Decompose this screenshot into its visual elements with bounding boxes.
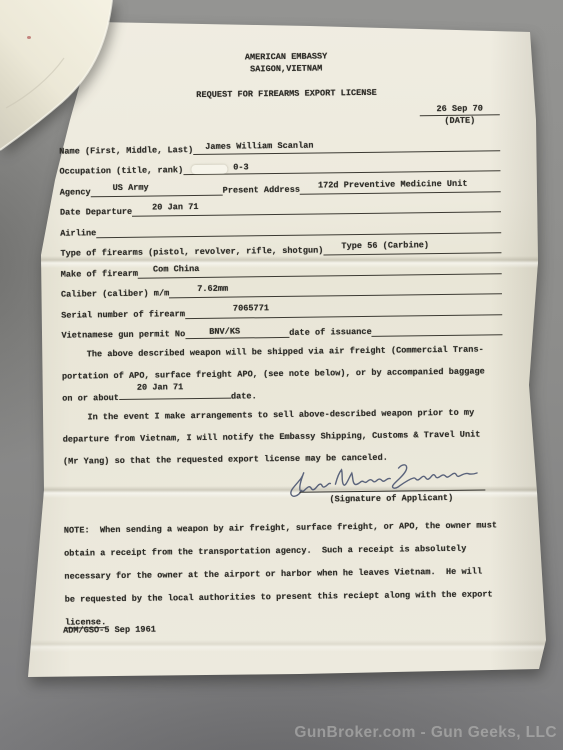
field-line: Type 56 (Carbine) [323, 240, 501, 255]
date-fill-line: 20 Jan 71 [119, 389, 231, 400]
field-value: Type 56 (Carbine) [341, 240, 429, 251]
field-value: Com China [153, 263, 200, 274]
field-value: 20 Jan 71 [152, 202, 199, 213]
field-line: BNV/KS [185, 325, 289, 339]
document-title: REQUEST FOR FIREARMS EXPORT LICENSE [111, 87, 461, 101]
embassy-city: SAIGON,VIETNAM [111, 62, 461, 76]
field-value: 172d Preventive Medicine Unit [318, 178, 468, 190]
field-line: US Army [91, 182, 223, 197]
field-label: Serial number of firearm [61, 309, 185, 321]
field-label: Agency [60, 187, 91, 197]
shipping-paragraph: The above described weapon will be shipp… [62, 338, 505, 409]
signature-caption: (Signature of Applicant) [329, 493, 453, 505]
field-value: 0-3 [233, 162, 249, 172]
field-value: BNV/KS [209, 326, 240, 336]
field-label: Vietnamese gun permit No [61, 329, 185, 341]
field-label: Airline [60, 228, 96, 238]
photo-of-document: AMERICAN EMBASSY SAIGON,VIETNAM REQUEST … [0, 0, 563, 750]
field-line [372, 322, 503, 337]
field-label: Caliber (caliber) m/m [61, 288, 169, 299]
field-label: Make of firearm [61, 268, 138, 279]
date-value: 26 Sep 70 [420, 103, 500, 116]
paragraph-text: on or about [62, 393, 119, 404]
paragraph-text: date. [231, 391, 257, 401]
watermark-text: GunBroker.com - Gun Geeks, LLC [294, 724, 557, 742]
note-paragraph: NOTE: When sending a weapon by air freig… [64, 514, 507, 634]
field-value: US Army [113, 182, 149, 192]
field-value: James William Scanlan [205, 141, 313, 152]
field-label: Present Address [223, 184, 300, 195]
field-value: 7.62mm [197, 284, 228, 294]
fill-date-value: 20 Jan 71 [137, 376, 184, 399]
field-line: 172d Preventive Medicine Unit [300, 179, 501, 194]
field-label: Date Departure [60, 207, 132, 218]
date-label: (DATE) [420, 115, 500, 126]
whiteout-correction [191, 165, 227, 174]
red-speck [27, 36, 31, 39]
date-block: 26 Sep 70 (DATE) [420, 103, 500, 126]
form-number: ADM/GSO-5 Sep 1961 [63, 625, 156, 636]
field-value: 7065771 [233, 303, 269, 313]
curled-paper-corner [0, 0, 140, 170]
field-label: date of issuance [289, 327, 372, 338]
